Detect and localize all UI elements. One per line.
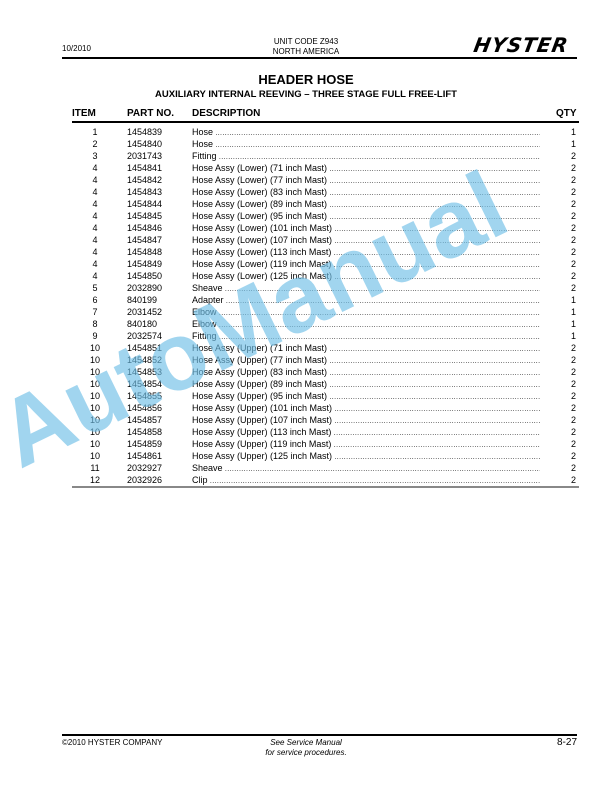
table-end-divider — [72, 486, 579, 488]
row-item: 11 — [72, 462, 118, 474]
row-qty: 2 — [552, 462, 576, 474]
table-row: 32031743Fitting2 — [0, 150, 612, 162]
row-qty: 2 — [552, 270, 576, 282]
table-row: 101454851Hose Assy (Upper) (71 inch Mast… — [0, 342, 612, 354]
table-row: 8840180Elbow1 — [0, 318, 612, 330]
table-row: 41454845Hose Assy (Lower) (95 inch Mast)… — [0, 210, 612, 222]
row-part-number: 1454854 — [127, 378, 162, 390]
row-item: 2 — [72, 138, 118, 150]
table-row: 101454856Hose Assy (Upper) (101 inch Mas… — [0, 402, 612, 414]
row-item: 12 — [72, 474, 118, 486]
row-part-number: 1454841 — [127, 162, 162, 174]
row-item: 10 — [72, 342, 118, 354]
row-part-number: 1454850 — [127, 270, 162, 282]
table-row: 41454847Hose Assy (Lower) (107 inch Mast… — [0, 234, 612, 246]
row-item: 4 — [72, 234, 118, 246]
row-qty: 2 — [552, 198, 576, 210]
row-qty: 1 — [552, 306, 576, 318]
row-part-number: 1454856 — [127, 402, 162, 414]
row-item: 4 — [72, 210, 118, 222]
header-divider — [62, 57, 577, 59]
row-item: 10 — [72, 390, 118, 402]
row-qty: 2 — [552, 210, 576, 222]
row-part-number: 1454847 — [127, 234, 162, 246]
row-part-number: 1454848 — [127, 246, 162, 258]
row-item: 10 — [72, 366, 118, 378]
row-qty: 2 — [552, 354, 576, 366]
row-item: 10 — [72, 450, 118, 462]
table-row: 72031452Elbow1 — [0, 306, 612, 318]
row-item: 4 — [72, 174, 118, 186]
row-part-number: 2032927 — [127, 462, 162, 474]
row-qty: 2 — [552, 414, 576, 426]
row-qty: 2 — [552, 378, 576, 390]
row-part-number: 1454846 — [127, 222, 162, 234]
row-item: 10 — [72, 414, 118, 426]
row-part-number: 2032574 — [127, 330, 162, 342]
row-item: 4 — [72, 246, 118, 258]
row-item: 1 — [72, 126, 118, 138]
row-qty: 2 — [552, 282, 576, 294]
row-qty: 2 — [552, 450, 576, 462]
footer-note: See Service Manual for service procedure… — [0, 738, 612, 758]
row-part-number: 840199 — [127, 294, 157, 306]
table-row: 21454840Hose1 — [0, 138, 612, 150]
row-qty: 1 — [552, 330, 576, 342]
row-qty: 2 — [552, 390, 576, 402]
column-header-qty: QTY — [556, 108, 577, 119]
column-header-description: DESCRIPTION — [192, 108, 260, 119]
row-qty: 2 — [552, 474, 576, 486]
footer-divider — [62, 734, 577, 736]
row-part-number: 840180 — [127, 318, 157, 330]
row-part-number: 1454849 — [127, 258, 162, 270]
row-item: 8 — [72, 318, 118, 330]
row-qty: 2 — [552, 150, 576, 162]
row-item: 10 — [72, 426, 118, 438]
row-item: 4 — [72, 222, 118, 234]
table-row: 122032926Clip2 — [0, 474, 612, 486]
row-qty: 1 — [552, 318, 576, 330]
row-part-number: 1454861 — [127, 450, 162, 462]
row-item: 4 — [72, 198, 118, 210]
row-qty: 2 — [552, 342, 576, 354]
row-part-number: 2031452 — [127, 306, 162, 318]
row-qty: 2 — [552, 258, 576, 270]
row-item: 9 — [72, 330, 118, 342]
row-qty: 2 — [552, 222, 576, 234]
row-part-number: 1454858 — [127, 426, 162, 438]
table-row: 101454852Hose Assy (Upper) (77 inch Mast… — [0, 354, 612, 366]
row-qty: 2 — [552, 246, 576, 258]
hyster-logo: HYSTER — [472, 35, 570, 55]
table-row: 101454854Hose Assy (Upper) (89 inch Mast… — [0, 378, 612, 390]
row-item: 5 — [72, 282, 118, 294]
row-item: 10 — [72, 354, 118, 366]
row-part-number: 1454843 — [127, 186, 162, 198]
row-part-number: 1454859 — [127, 438, 162, 450]
row-part-number: 1454853 — [127, 366, 162, 378]
row-part-number: 1454851 — [127, 342, 162, 354]
table-row: 101454855Hose Assy (Upper) (95 inch Mast… — [0, 390, 612, 402]
row-item: 3 — [72, 150, 118, 162]
column-header-part-no: PART NO. — [127, 108, 174, 119]
column-header-divider — [72, 121, 579, 123]
column-header-item: ITEM — [72, 108, 96, 119]
table-row: 6840199Adapter1 — [0, 294, 612, 306]
table-row: 101454857Hose Assy (Upper) (107 inch Mas… — [0, 414, 612, 426]
table-row: 101454858Hose Assy (Upper) (113 inch Mas… — [0, 426, 612, 438]
row-item: 10 — [72, 402, 118, 414]
row-qty: 1 — [552, 138, 576, 150]
row-part-number: 1454855 — [127, 390, 162, 402]
table-row: 41454842Hose Assy (Lower) (77 inch Mast)… — [0, 174, 612, 186]
row-part-number: 1454839 — [127, 126, 162, 138]
footer-note-line2: for service procedures. — [0, 748, 612, 758]
row-item: 7 — [72, 306, 118, 318]
row-part-number: 1454840 — [127, 138, 162, 150]
row-item: 4 — [72, 270, 118, 282]
row-qty: 2 — [552, 234, 576, 246]
row-part-number: 2032926 — [127, 474, 162, 486]
row-item: 10 — [72, 438, 118, 450]
row-qty: 2 — [552, 402, 576, 414]
table-row: 101454861Hose Assy (Upper) (125 inch Mas… — [0, 450, 612, 462]
table-row: 101454859Hose Assy (Upper) (119 inch Mas… — [0, 438, 612, 450]
row-item: 10 — [72, 378, 118, 390]
row-part-number: 1454842 — [127, 174, 162, 186]
row-part-number: 2032890 — [127, 282, 162, 294]
row-part-number: 1454857 — [127, 414, 162, 426]
table-row: 112032927Sheave2 — [0, 462, 612, 474]
parts-table: 11454839Hose121454840Hose132031743Fittin… — [0, 126, 612, 486]
page-number: 8-27 — [557, 737, 577, 748]
table-row: 41454843Hose Assy (Lower) (83 inch Mast)… — [0, 186, 612, 198]
table-row: 92032574Fitting1 — [0, 330, 612, 342]
table-row: 41454841Hose Assy (Lower) (71 inch Mast)… — [0, 162, 612, 174]
row-qty: 1 — [552, 126, 576, 138]
row-item: 4 — [72, 162, 118, 174]
row-qty: 2 — [552, 162, 576, 174]
row-qty: 2 — [552, 426, 576, 438]
row-qty: 2 — [552, 438, 576, 450]
table-row: 11454839Hose1 — [0, 126, 612, 138]
footer-note-line1: See Service Manual — [0, 738, 612, 748]
row-part-number: 1454844 — [127, 198, 162, 210]
page-title: HEADER HOSE — [0, 72, 612, 87]
row-qty: 2 — [552, 366, 576, 378]
table-row: 41454844Hose Assy (Lower) (89 inch Mast)… — [0, 198, 612, 210]
row-qty: 2 — [552, 174, 576, 186]
row-item: 4 — [72, 186, 118, 198]
row-item: 4 — [72, 258, 118, 270]
row-qty: 1 — [552, 294, 576, 306]
table-row: 41454846Hose Assy (Lower) (101 inch Mast… — [0, 222, 612, 234]
table-row: 41454848Hose Assy (Lower) (113 inch Mast… — [0, 246, 612, 258]
page-subtitle: AUXILIARY INTERNAL REEVING – THREE STAGE… — [0, 89, 612, 100]
row-part-number: 1454845 — [127, 210, 162, 222]
table-row: 41454849Hose Assy (Lower) (119 inch Mast… — [0, 258, 612, 270]
table-row: 52032890Sheave2 — [0, 282, 612, 294]
row-qty: 2 — [552, 186, 576, 198]
row-part-number: 2031743 — [127, 150, 162, 162]
row-part-number: 1454852 — [127, 354, 162, 366]
table-row: 41454850Hose Assy (Lower) (125 inch Mast… — [0, 270, 612, 282]
row-item: 6 — [72, 294, 118, 306]
table-row: 101454853Hose Assy (Upper) (83 inch Mast… — [0, 366, 612, 378]
